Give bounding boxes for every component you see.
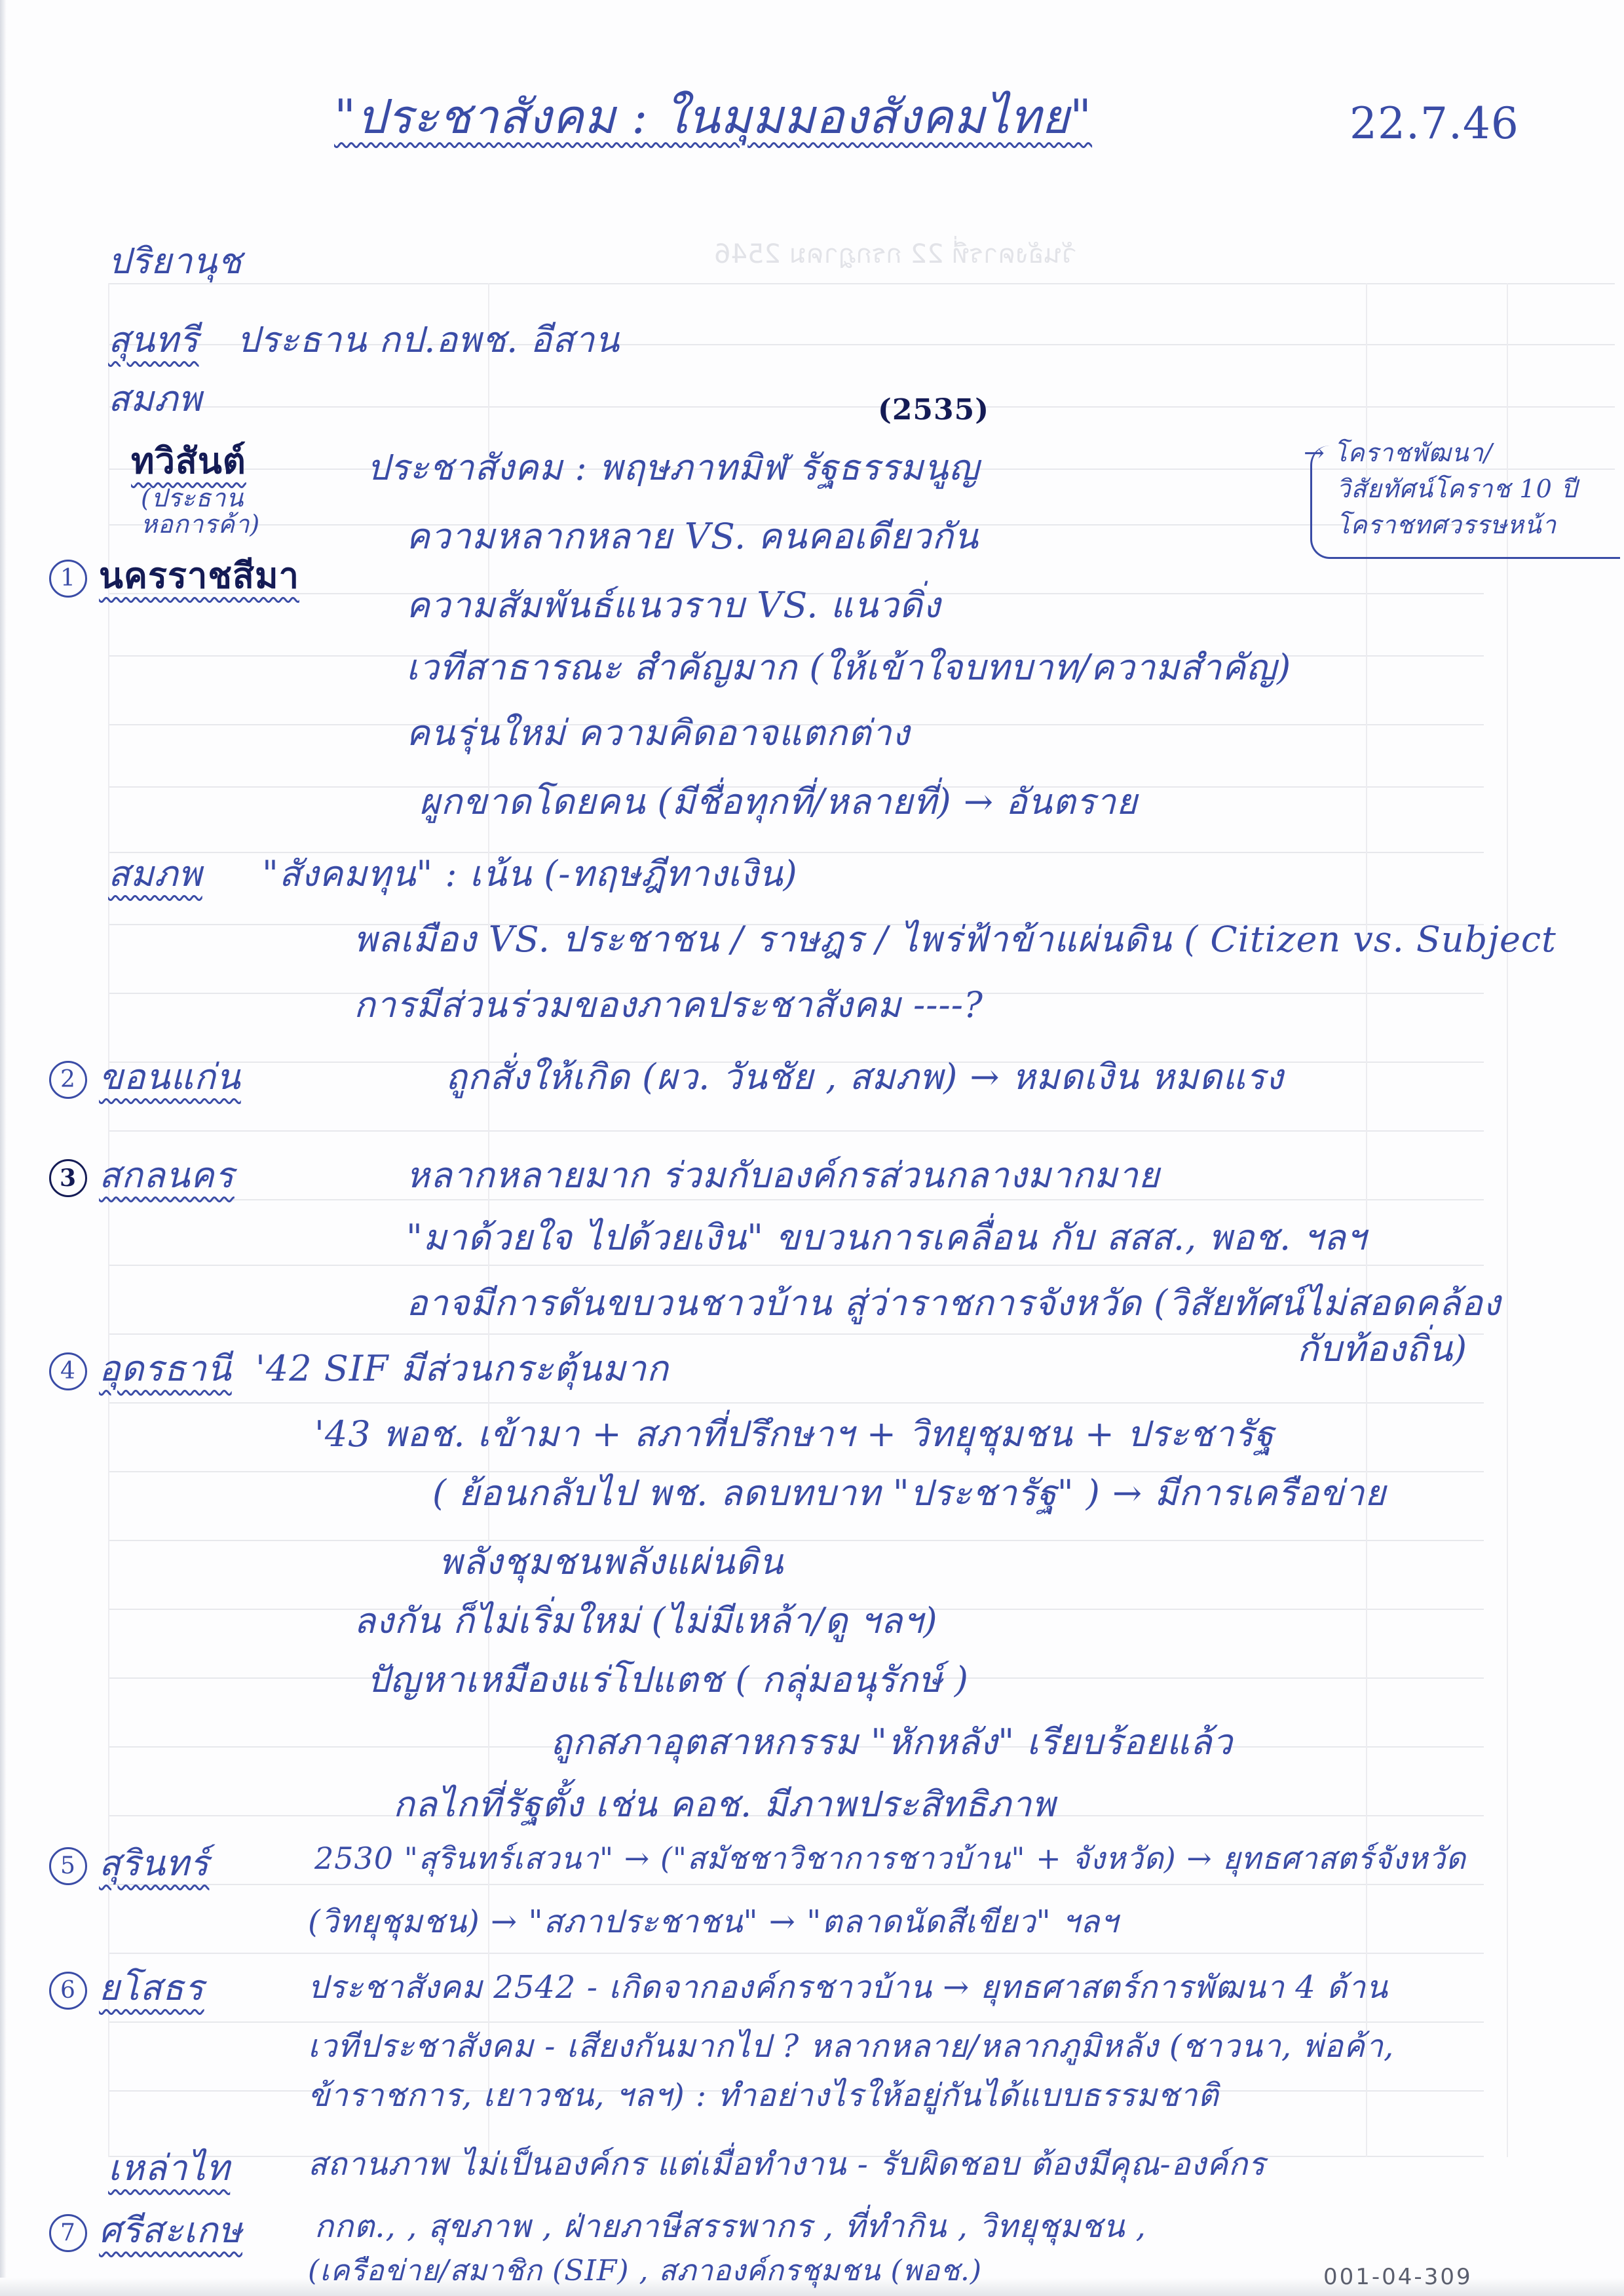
section-5-label: 5สุรินทร์ <box>49 1835 209 1891</box>
section-number-5: 5 <box>49 1847 87 1885</box>
section-6-line-2: เวทีประชาสังคม - เสียงกันมากไป ? หลากหลา… <box>308 2021 1394 2071</box>
section-7-label: 7ศรีสะเกษ <box>49 2202 242 2258</box>
section-1-line-4: เวทีสาธารณะ สำคัญมาก (ให้เข้าใจบทบาท/ควา… <box>406 639 1291 695</box>
speaker-somphop: สมภพ <box>108 370 202 427</box>
document-date: 22.7.46 <box>1350 98 1519 149</box>
section-4-line-3: ( ย้อนกลับไป พช. ลดบทบาท "ประชารัฐ" ) → … <box>432 1464 1386 1521</box>
section-1-line-3: ความสัมพันธ์แนวราบ VS. แนวดิ่ง <box>406 577 941 633</box>
speaker-thawisan: ทวิสันต์ <box>131 432 246 489</box>
section-3-line-1: หลากหลายมาก ร่วมกับองค์กรส่วนกลางมากมาย <box>406 1147 1160 1203</box>
section-3-line-2: "มาด้วยใจ ไปด้วยเงิน" ขบวนการเคลื่อน กับ… <box>406 1209 1367 1265</box>
section-1-line-1: ประชาสังคม : พฤษภาทมิฬ รัฐธรรมนูญ <box>367 439 979 495</box>
document-number: 001-04-309 <box>1323 2264 1473 2290</box>
section-somphop-line-1: "สังคมทุน" : เน้น (-ทฤษฎีทางเงิน) <box>262 845 798 902</box>
section-3-line-4: กับท้องถิ่น) <box>1297 1320 1467 1377</box>
speaker-sunthari-role: ประธาน กป.อพช. อีสาน <box>237 319 620 360</box>
section-6-line-3: ข้าราชการ, เยาวชน, ฯลฯ) : ทำอย่างไรให้อย… <box>308 2071 1219 2120</box>
section-number-1: 1 <box>49 560 87 598</box>
section-4-line-5: ลงกัน ก็ไม่เริ่มใหม่ (ไม่มีเหล้า/ดู ฯลฯ) <box>354 1592 938 1649</box>
section-number-4: 4 <box>49 1352 87 1390</box>
section-number-2: 2 <box>49 1061 87 1099</box>
section-1-line-2: ความหลากหลาย VS. คนคอเดียวกัน <box>406 508 979 564</box>
section-4-line-8: กลไกที่รัฐตั้ง เช่น คอช. มีภาพประสิทธิภา… <box>393 1776 1056 1832</box>
document-title: "ประชาสังคม : ในมุมมองสังคมไทย" <box>334 79 1092 154</box>
section-6-line-1: ประชาสังคม 2542 - เกิดจากองค์กรชาวบ้าน →… <box>308 1962 1388 2012</box>
scan-edge-left <box>0 0 7 2296</box>
section-1-side-note-3: โคราชทศวรรษหน้า <box>1336 505 1557 545</box>
speaker-sunthari-name: สุนทรี <box>108 319 198 360</box>
section-somphop-label: สมภพ <box>108 845 202 902</box>
section-laothai-line-1: สถานภาพ ไม่เป็นองค์กร แต่เมื่อทำงาน - รั… <box>308 2139 1266 2189</box>
section-4-line-1: '42 SIF มีส่วนกระตุ้นมาก <box>255 1340 669 1396</box>
section-7-line-1: กกต., , สุขภาพ , ฝ่ายภาษีสรรพากร , ที่ทำ… <box>314 2202 1146 2251</box>
section-4-line-6: ปัญหาเหมืองแร่โปแตช ( กลุ่มอนุรักษ์ ) <box>367 1651 969 1708</box>
speaker-sunthari: สุนทรี ประธาน กป.อพช. อีสาน <box>108 311 620 368</box>
section-1-line-6: ผูกขาดโดยคน (มีชื่อทุกที่/หลายที่) → อัน… <box>419 773 1138 830</box>
section-5-line-1: 2530 "สุรินทร์เสวนา" → ("สมัชชาวิชาการชา… <box>314 1835 1466 1883</box>
section-4-line-7: ถูกสภาอุตสาหกรรม "หักหลัง" เรียบร้อยแล้ว <box>550 1713 1233 1770</box>
section-1-year-note: (2535) <box>878 393 989 427</box>
section-number-6: 6 <box>49 1972 87 2010</box>
section-4-line-2: '43 พอช. เข้ามา + สภาที่ปรึกษาฯ + วิทยุช… <box>314 1406 1274 1462</box>
speaker-moderator: ปริยานุช <box>108 233 242 289</box>
section-4-line-4: พลังชุมชนพลังแผ่นดิน <box>439 1533 784 1590</box>
section-1-line-5: คนรุ่นใหม่ ความคิดอาจแตกต่าง <box>406 704 910 761</box>
section-1-label: 1นครราชสีมา <box>49 547 299 603</box>
bleed-heading: วันอังคารที่ 22 กรกฎาคม 2546 <box>714 233 1077 275</box>
section-somphop-line-3: การมีส่วนร่วมของภาคประชาสังคม ----? <box>354 976 983 1033</box>
section-5-line-2: (วิทยุชุมชน) → "สภาประชาชน" → "ตลาดนัดสี… <box>308 1897 1118 1947</box>
section-7-line-2: (เครือข่าย/สมาชิก (SIF) , สภาองค์กรชุมชน… <box>308 2248 982 2293</box>
section-6-label: 6ยโสธร <box>49 1959 204 2016</box>
section-number-3: 3 <box>49 1159 87 1197</box>
section-somphop-line-2: พลเมือง VS. ประชาชน / ราษฎร / ไพร่ฟ้าข้า… <box>354 911 1557 967</box>
speaker-thawisan-role: (ประธาน หอการค้า) <box>141 485 239 537</box>
section-1-side-note-2: วิสัยทัศน์โคราช 10 ปี <box>1336 469 1577 508</box>
section-2-label: 2ขอนแก่น <box>49 1048 241 1105</box>
section-1-side-note-1: → โคราชพัฒนา/ <box>1304 432 1493 472</box>
section-number-7: 7 <box>49 2214 87 2252</box>
section-laothai-label: เหล่าไท <box>108 2139 230 2196</box>
section-2-line-1: ถูกสั่งให้เกิด (ผว. วันชัย , สมภพ) → หมด… <box>445 1048 1283 1105</box>
section-4-label: 4อุดรธานี <box>49 1340 232 1396</box>
section-3-label: 3สกลนคร <box>49 1147 235 1203</box>
